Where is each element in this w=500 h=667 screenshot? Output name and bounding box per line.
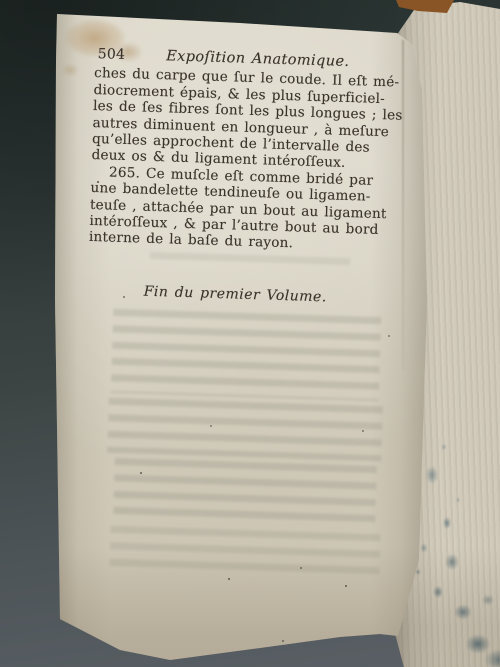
photograph-of-book-page: 504 Expoſition Anatomique. ches du carpe… [0,0,500,667]
show-through-text [113,458,377,528]
show-through-text [107,398,383,462]
page-number: 504 [97,46,125,63]
paragraph-1: ches du carpe que ſur le coude. Il eſt m… [91,65,390,173]
show-through-text [111,309,382,401]
printed-text-block: 504 Expoſition Anatomique. ches du carpe… [87,46,391,307]
show-through-text [109,526,380,574]
paragraph-2: 265. Ce muſcle eſt comme bridé par une b… [89,164,387,255]
